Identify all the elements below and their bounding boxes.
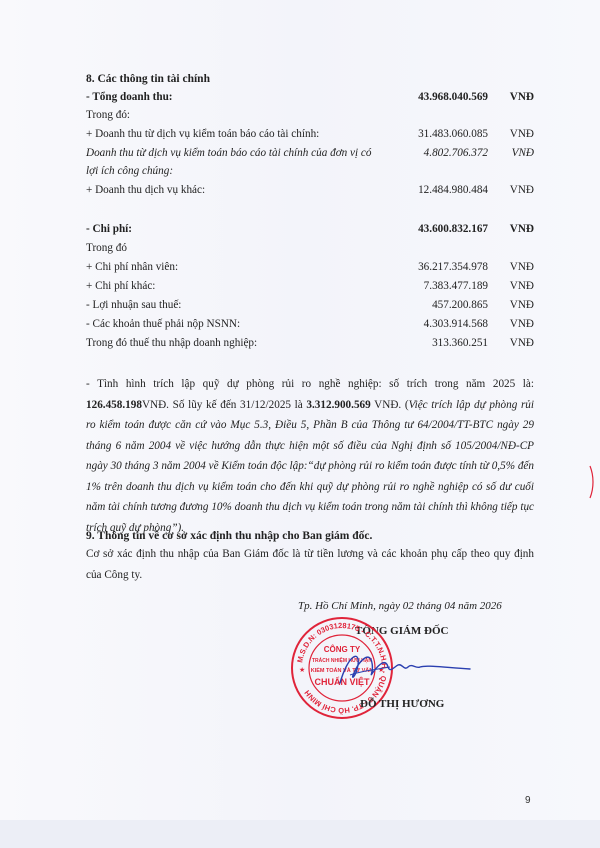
in-which-text: Trong đó bbox=[86, 241, 127, 255]
currency: VNĐ bbox=[510, 336, 534, 350]
reserve-paragraph: - Tình hình trích lập quỹ dự phòng rủi r… bbox=[86, 374, 534, 538]
expense-amount: 7.383.477.189 bbox=[424, 279, 488, 293]
revenue-label: + Doanh thu dịch vụ khác: bbox=[86, 183, 205, 197]
reserve-amount-cumulative: 3.312.900.569 bbox=[306, 399, 370, 411]
currency: VNĐ bbox=[512, 146, 534, 160]
stamp-edge-mark-icon bbox=[589, 464, 595, 500]
revenue-label-continued: lợi ích công chúng: bbox=[86, 164, 173, 178]
currency: VNĐ bbox=[510, 260, 534, 274]
expense-amount: 4.303.914.568 bbox=[424, 317, 488, 331]
reserve-legal-note: Việc trích lập dự phòng rủi ro kiểm toán… bbox=[86, 399, 534, 534]
signatory-name: ĐỖ THỊ HƯƠNG bbox=[360, 698, 444, 710]
in-which-text: Trong đó: bbox=[86, 108, 130, 122]
expense-label: Trong đó thuế thu nhập doanh nghiệp: bbox=[86, 336, 257, 350]
currency: VNĐ bbox=[510, 298, 534, 312]
currency: VNĐ bbox=[510, 183, 534, 197]
currency: VNĐ bbox=[510, 317, 534, 331]
revenue-label: + Doanh thu từ dịch vụ kiểm toán báo cáo… bbox=[86, 127, 319, 141]
reserve-text: VNĐ. ( bbox=[371, 399, 409, 411]
total-revenue-label: - Tổng doanh thu: bbox=[86, 90, 173, 104]
expense-amount: 36.217.354.978 bbox=[418, 260, 488, 274]
expense-amount: 313.360.251 bbox=[432, 336, 488, 350]
total-revenue-amount: 43.968.040.569 bbox=[418, 90, 488, 104]
section-9-heading: 9. Thông tin về cơ sở xác định thu nhập … bbox=[86, 530, 372, 542]
currency: VNĐ bbox=[510, 279, 534, 293]
expense-label: + Chi phí khác: bbox=[86, 279, 155, 293]
section-8-heading: 8. Các thông tin tài chính bbox=[86, 73, 210, 85]
document-page: 8. Các thông tin tài chính - Tổng doanh … bbox=[0, 0, 600, 848]
reserve-amount-year: 126.458.198 bbox=[86, 399, 142, 411]
signature-icon bbox=[330, 645, 480, 690]
expense-amount: 457.200.865 bbox=[432, 298, 488, 312]
svg-text:★: ★ bbox=[299, 666, 305, 674]
revenue-amount: 31.483.060.085 bbox=[418, 127, 488, 141]
page-number: 9 bbox=[525, 795, 531, 806]
total-expense-amount: 43.600.832.167 bbox=[418, 222, 488, 236]
scan-bottom-band bbox=[0, 820, 600, 848]
currency: VNĐ bbox=[510, 90, 534, 104]
expense-label: - Lợi nhuận sau thuế: bbox=[86, 298, 181, 312]
expense-label: + Chi phí nhân viên: bbox=[86, 260, 178, 274]
reserve-text: VNĐ. Số lũy kế đến 31/12/2025 là bbox=[142, 399, 306, 411]
reserve-text: - Tình hình trích lập quỹ dự phòng rủi r… bbox=[86, 378, 534, 390]
revenue-label: Doanh thu từ dịch vụ kiểm toán báo cáo t… bbox=[86, 146, 372, 160]
currency: VNĐ bbox=[510, 127, 534, 141]
total-expense-label: - Chi phí: bbox=[86, 222, 132, 236]
expense-label: - Các khoản thuế phải nộp NSNN: bbox=[86, 317, 240, 331]
revenue-amount: 12.484.980.484 bbox=[418, 183, 488, 197]
place-date: Tp. Hồ Chí Minh, ngày 02 tháng 04 năm 20… bbox=[298, 600, 502, 612]
revenue-amount: 4.802.706.372 bbox=[424, 146, 488, 160]
currency: VNĐ bbox=[510, 222, 534, 236]
section-9-body: Cơ sở xác định thu nhập của Ban Giám đốc… bbox=[86, 544, 534, 585]
